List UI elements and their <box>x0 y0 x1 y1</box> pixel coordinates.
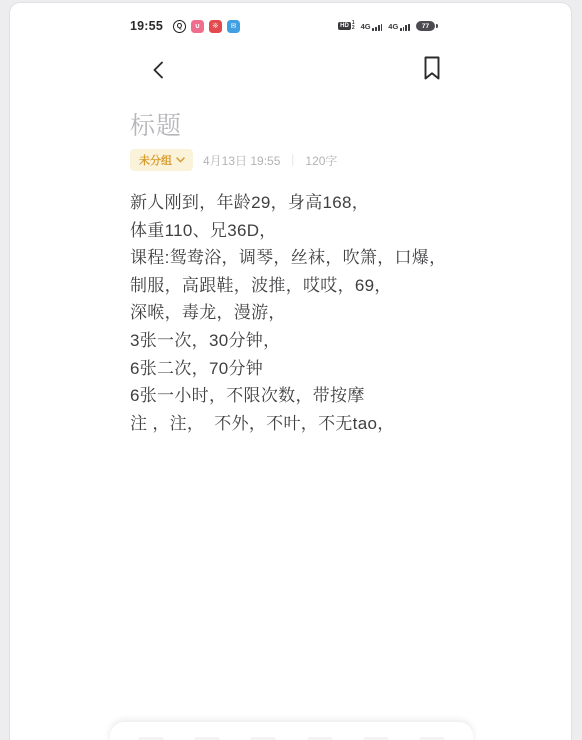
note-line: 体重110、兄36D， <box>130 217 471 245</box>
status-indicators: HD 12 4G 4G 77 <box>338 21 435 31</box>
sim2-signal-icon: 4G <box>388 23 410 32</box>
q-browser-app-icon: Q <box>173 20 186 33</box>
phone-screen: 19:55 Q ∪ ❊ ✉ HD 12 4G <box>120 3 461 740</box>
note-line: 6张一小时，不限次数，带按摩 <box>130 382 471 410</box>
battery-icon: 77 <box>416 21 435 31</box>
chevron-down-icon <box>176 157 185 163</box>
hd-volte-icon: HD 12 <box>338 21 354 31</box>
back-icon[interactable] <box>148 59 170 81</box>
group-selector-badge[interactable]: 未分组 <box>130 149 193 171</box>
note-line: 注 ，注， 不外，不叶，不无tao， <box>130 410 471 438</box>
note-line: 3张一次，30分钟， <box>130 327 471 355</box>
note-body-editor[interactable]: 新人刚到，年龄29，身高168， 体重110、兄36D， 课程:鸳鸯浴，调琴，丝… <box>130 189 471 437</box>
note-meta-row: 未分组 4月13日 19:55 ｜ 120字 <box>130 150 461 170</box>
note-line: 深喉，毒龙，漫游， <box>130 299 471 327</box>
status-bar: 19:55 Q ∪ ❊ ✉ HD 12 4G <box>130 16 435 36</box>
red-app-icon: ❊ <box>209 20 222 33</box>
nav-bar <box>130 53 443 87</box>
pink-app-icon: ∪ <box>191 20 204 33</box>
group-badge-label: 未分组 <box>139 152 172 168</box>
note-date: 4月13日 19:55 <box>203 152 280 169</box>
bookmark-icon[interactable] <box>421 55 443 81</box>
phone-screen-card: 19:55 Q ∪ ❊ ✉ HD 12 4G <box>10 3 571 740</box>
note-meta-text: 4月13日 19:55 ｜ 120字 <box>203 152 337 169</box>
note-word-count: 120字 <box>305 152 337 169</box>
screenshot-canvas: 19:55 Q ∪ ❊ ✉ HD 12 4G <box>0 0 582 740</box>
note-line: 制服，高跟鞋，波推，哎哎，69， <box>130 272 471 300</box>
clock-time: 19:55 <box>130 19 163 33</box>
meta-separator: ｜ <box>287 152 298 168</box>
bottom-toolbar-edge <box>110 722 473 740</box>
notification-icons: Q ∪ ❊ ✉ <box>173 20 240 33</box>
note-line: 新人刚到，年龄29，身高168， <box>130 189 471 217</box>
note-line: 课程:鸳鸯浴，调琴，丝袜，吹箫，口爆， <box>130 244 471 272</box>
sim1-signal-icon: 4G <box>361 23 383 32</box>
note-title-input[interactable]: 标题 <box>130 106 461 142</box>
note-line: 6张二次，70分钟 <box>130 355 471 383</box>
blue-app-icon: ✉ <box>227 20 240 33</box>
